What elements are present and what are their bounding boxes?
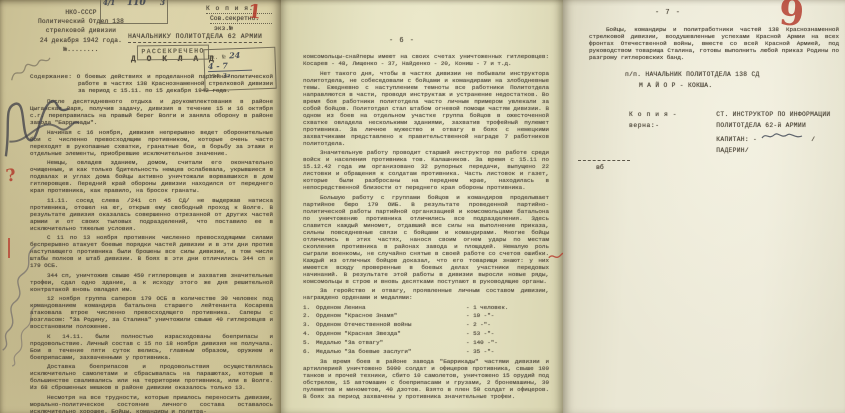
paragraph: Несмотря на все трудности, которые пришл… (30, 394, 273, 413)
paragraph: Большую работу с группами бойцов и коман… (303, 194, 549, 285)
award-row: 4. Орденом "Красная Звезда" - 53 -"- (303, 330, 549, 338)
award-count: - 2 -"- (466, 321, 549, 329)
paragraph: Значительную работу проводит старший инс… (303, 149, 549, 191)
award-count: - 10 -"- (466, 312, 549, 320)
award-name: Медалью "За отвагу" (316, 339, 466, 347)
awards-intro: За геройство и отвагу, проявленные личны… (303, 287, 549, 301)
award-number: 4. (303, 330, 316, 338)
document-page-3: - 7 - 9 Бойцы, командиры и политработник… (563, 0, 845, 413)
page2-body: комсомольцы-снайперы имеют на своих счет… (303, 53, 549, 403)
typist-initials: вб (596, 164, 630, 171)
page-number: - 7 - (655, 9, 681, 17)
award-number: 2. (303, 312, 316, 320)
copy-label: К о п и я. (206, 4, 272, 14)
award-row: 5. Медалью "За отвагу" - 140 -"- (303, 339, 549, 347)
document-page-1: НКО-СССР Политический Отдел 138 стрелков… (0, 0, 281, 413)
award-number: 1. (303, 304, 316, 312)
declassified-stamp: РАССЕКРЕЧЕНО (137, 45, 209, 61)
scanned-document: НКО-СССР Политический Отдел 138 стрелков… (0, 0, 845, 413)
award-count: - 53 -"- (466, 330, 549, 338)
award-name: Орденом "Красная Звезда" (316, 330, 466, 338)
separator-line (578, 160, 630, 161)
paragraph: С 11 по 13 ноября противник численно пре… (30, 234, 273, 269)
award-row: 3. Орденом Отечественной войны - 2 -"- (303, 321, 549, 329)
signed-by-rank: М А Й О Р - КОКША. (639, 80, 760, 91)
paragraph: 11.11. сосед слева /241 сп 45 СД/ не выд… (30, 197, 273, 232)
paragraph: За время боев в районе завода "Баррикады… (303, 358, 549, 400)
exemplar-label: экз.№ (214, 24, 272, 33)
secrecy-label: Сов.секретно. (210, 14, 272, 24)
registration-stamp-number: 110 (127, 0, 146, 8)
copy-cert-title: СТ. ИНСТРУКТОР ПО ИНФОРМАЦИИ (716, 109, 845, 120)
subject-text: О боевых действиях и проделанной партийн… (77, 73, 273, 94)
award-count: - 35 -"- (466, 348, 549, 356)
registration-stamp-date: 4/1 (103, 0, 115, 7)
award-number: 6. (303, 348, 316, 356)
award-row: 1. Орденом Ленина - 1 человек. (303, 304, 549, 312)
page3-body: Бойцы, командиры и политработники частей… (589, 26, 839, 64)
incoming-stamp-number: 24 (229, 50, 240, 60)
signature-block: п/п. НАЧАЛЬНИК ПОЛИТОТДЕЛА 138 СД М А Й … (625, 69, 760, 91)
award-number: 5. (303, 339, 316, 347)
copy-cert-rank-row: КАПИТАН: - /ПАДЕРИН/ (716, 131, 845, 156)
copy-cert-rank: КАПИТАН: - (716, 136, 757, 143)
document-page-2: - 6 - комсомольцы-снайперы имеют на свои… (281, 0, 563, 413)
page-number: - 6 - (389, 37, 415, 45)
paragraph: комсомольцы-снайперы имеют на своих счет… (303, 53, 549, 67)
award-name: Орденом Отечественной войны (316, 321, 466, 329)
awards-list: 1. Орденом Ленина - 1 человек. 2. Ордено… (303, 304, 549, 357)
paragraph: 344 сп, уничтожив свыше 450 гитлеровцев … (30, 272, 273, 293)
paragraph: Доставка боеприпасов и продовольствия ос… (30, 363, 273, 391)
award-name: Медалью "За боевые заслуги" (316, 348, 466, 356)
paragraph: 12 ноября группа саперов 179 ОСБ в колич… (30, 295, 273, 330)
red-page-marker: 1 (247, 0, 262, 23)
award-count: - 1 человек. (466, 304, 549, 312)
letterhead-division: стрелковой дивизии (24, 26, 138, 35)
registration-stamp: 4/1 110 3 (100, 0, 168, 24)
copy-cert-label: К о п и я - верна:- (629, 109, 710, 156)
award-name: Орденом Ленина (316, 304, 466, 312)
award-count: - 140 -"- (466, 339, 549, 347)
footer-mark-block: вб (578, 160, 630, 171)
copy-cert-unit: ПОЛИТОТДЕЛА 62-й АРМИИ (716, 120, 845, 131)
paragraph: К 14.11. были полностью израсходованы бо… (30, 333, 273, 361)
paragraph: Бойцы, командиры и политработники частей… (589, 26, 839, 61)
award-row: 6. Медалью "За боевые заслуги" - 35 -"- (303, 348, 549, 356)
paragraph: Нет такого дня, чтобы в частях дивизии н… (303, 70, 549, 147)
award-name: Орденом "Красное Знамя" (316, 312, 466, 320)
signed-by-title: п/п. НАЧАЛЬНИК ПОЛИТОТДЕЛА 138 СД (625, 69, 760, 80)
award-number: 3. (303, 321, 316, 329)
copy-certification-block: К о п и я - верна:- СТ. ИНСТРУКТОР ПО ИН… (629, 109, 845, 156)
award-row: 2. Орденом "Красное Знамя" - 10 -"- (303, 312, 549, 320)
letterhead-date: 24 декабря 1942 года. (24, 36, 138, 45)
handwritten-signature-icon (761, 131, 807, 145)
registration-stamp-extra: 3 (160, 0, 165, 7)
addressee-line: НАЧАЛЬНИКУ ПОЛИТОТДЕЛА 62 АРМИИ (128, 33, 262, 43)
